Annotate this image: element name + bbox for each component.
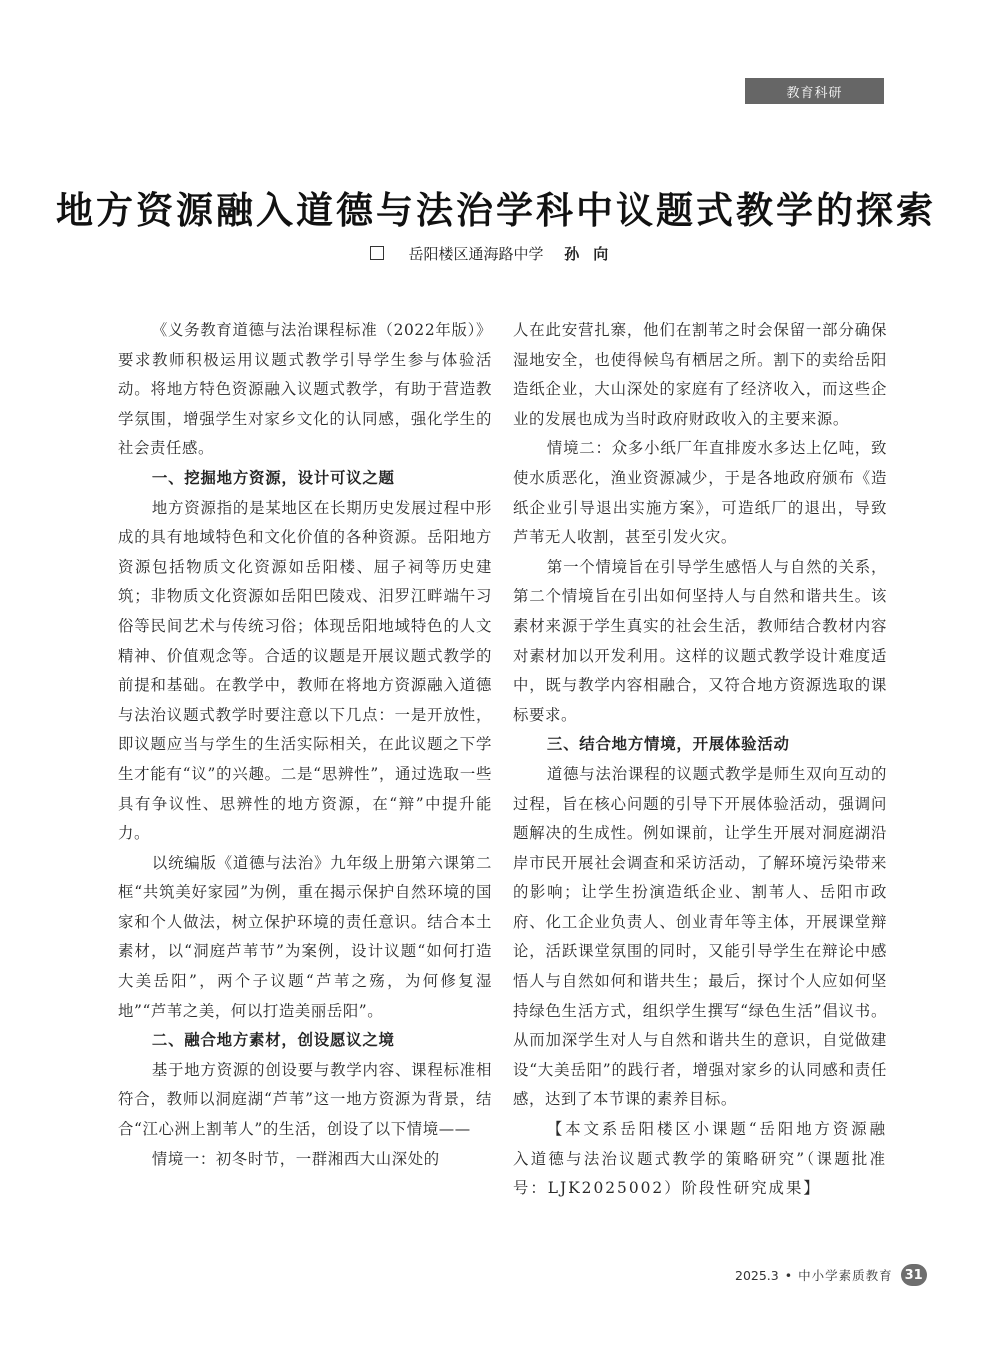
section-heading: 二、融合地方素材，创设愿议之境 — [118, 1026, 492, 1056]
journal-name: 中小学素质教育 — [798, 1266, 893, 1284]
author-name: 孙向 — [564, 245, 622, 263]
paragraph: 基于地方资源的创设要与教学内容、课程标准相符合，教师以洞庭湖“芦苇”这一地方资源… — [118, 1056, 492, 1145]
page-number-badge: 31 — [901, 1264, 927, 1286]
section-heading: 三、结合地方情境，开展体验活动 — [513, 730, 887, 760]
footer-separator: • — [785, 1268, 792, 1283]
paragraph: 地方资源指的是某地区在长期历史发展过程中形成的具有地域特色和文化价值的各种资源。… — [118, 494, 492, 849]
article-title: 地方资源融入道德与法治学科中议题式教学的探索 — [0, 180, 992, 234]
paragraph: 第一个情境旨在引导学生感悟人与自然的关系，第二个情境旨在引出如何坚持人与自然和谐… — [513, 553, 887, 731]
paragraph: 道德与法治课程的议题式教学是师生双向互动的过程，旨在核心问题的引导下开展体验活动… — [513, 760, 887, 1115]
paragraph: 情境二：众多小纸厂年直排废水多达上亿吨，致使水质恶化，渔业资源减少，于是各地政府… — [513, 434, 887, 552]
section-tag: 教育科研 — [745, 78, 884, 104]
paragraph: 情境一：初冬时节，一群湘西大山深处的 — [118, 1145, 492, 1175]
page-footer: 2025.3 • 中小学素质教育 31 — [735, 1264, 927, 1286]
section-heading: 一、挖掘地方资源，设计可议之题 — [118, 464, 492, 494]
left-column: 《义务教育道德与法治课程标准（2022年版）》要求教师积极运用议题式教学引导学生… — [118, 316, 492, 1174]
paragraph: 《义务教育道德与法治课程标准（2022年版）》要求教师积极运用议题式教学引导学生… — [118, 316, 492, 464]
issue-number: 2025.3 — [735, 1268, 779, 1283]
author-affiliation: 岳阳楼区通海路中学 — [408, 245, 543, 263]
paragraph-continued: 人在此安营扎寨，他们在割苇之时会保留一部分确保湿地安全，也使得候鸟有栖居之所。割… — [513, 316, 887, 434]
paragraph: 以统编版《道德与法治》九年级上册第六课第二框“共筑美好家园”为例，重在揭示保护自… — [118, 849, 492, 1027]
funding-note: 【本文系岳阳楼区小课题“岳阳地方资源融入道德与法治议题式教学的策略研究”（课题批… — [513, 1115, 887, 1204]
byline: 岳阳楼区通海路中学 孙向 — [0, 243, 992, 264]
square-bullet-icon — [370, 246, 384, 260]
right-column: 人在此安营扎寨，他们在割苇之时会保留一部分确保湿地安全，也使得候鸟有栖居之所。割… — [513, 316, 887, 1204]
